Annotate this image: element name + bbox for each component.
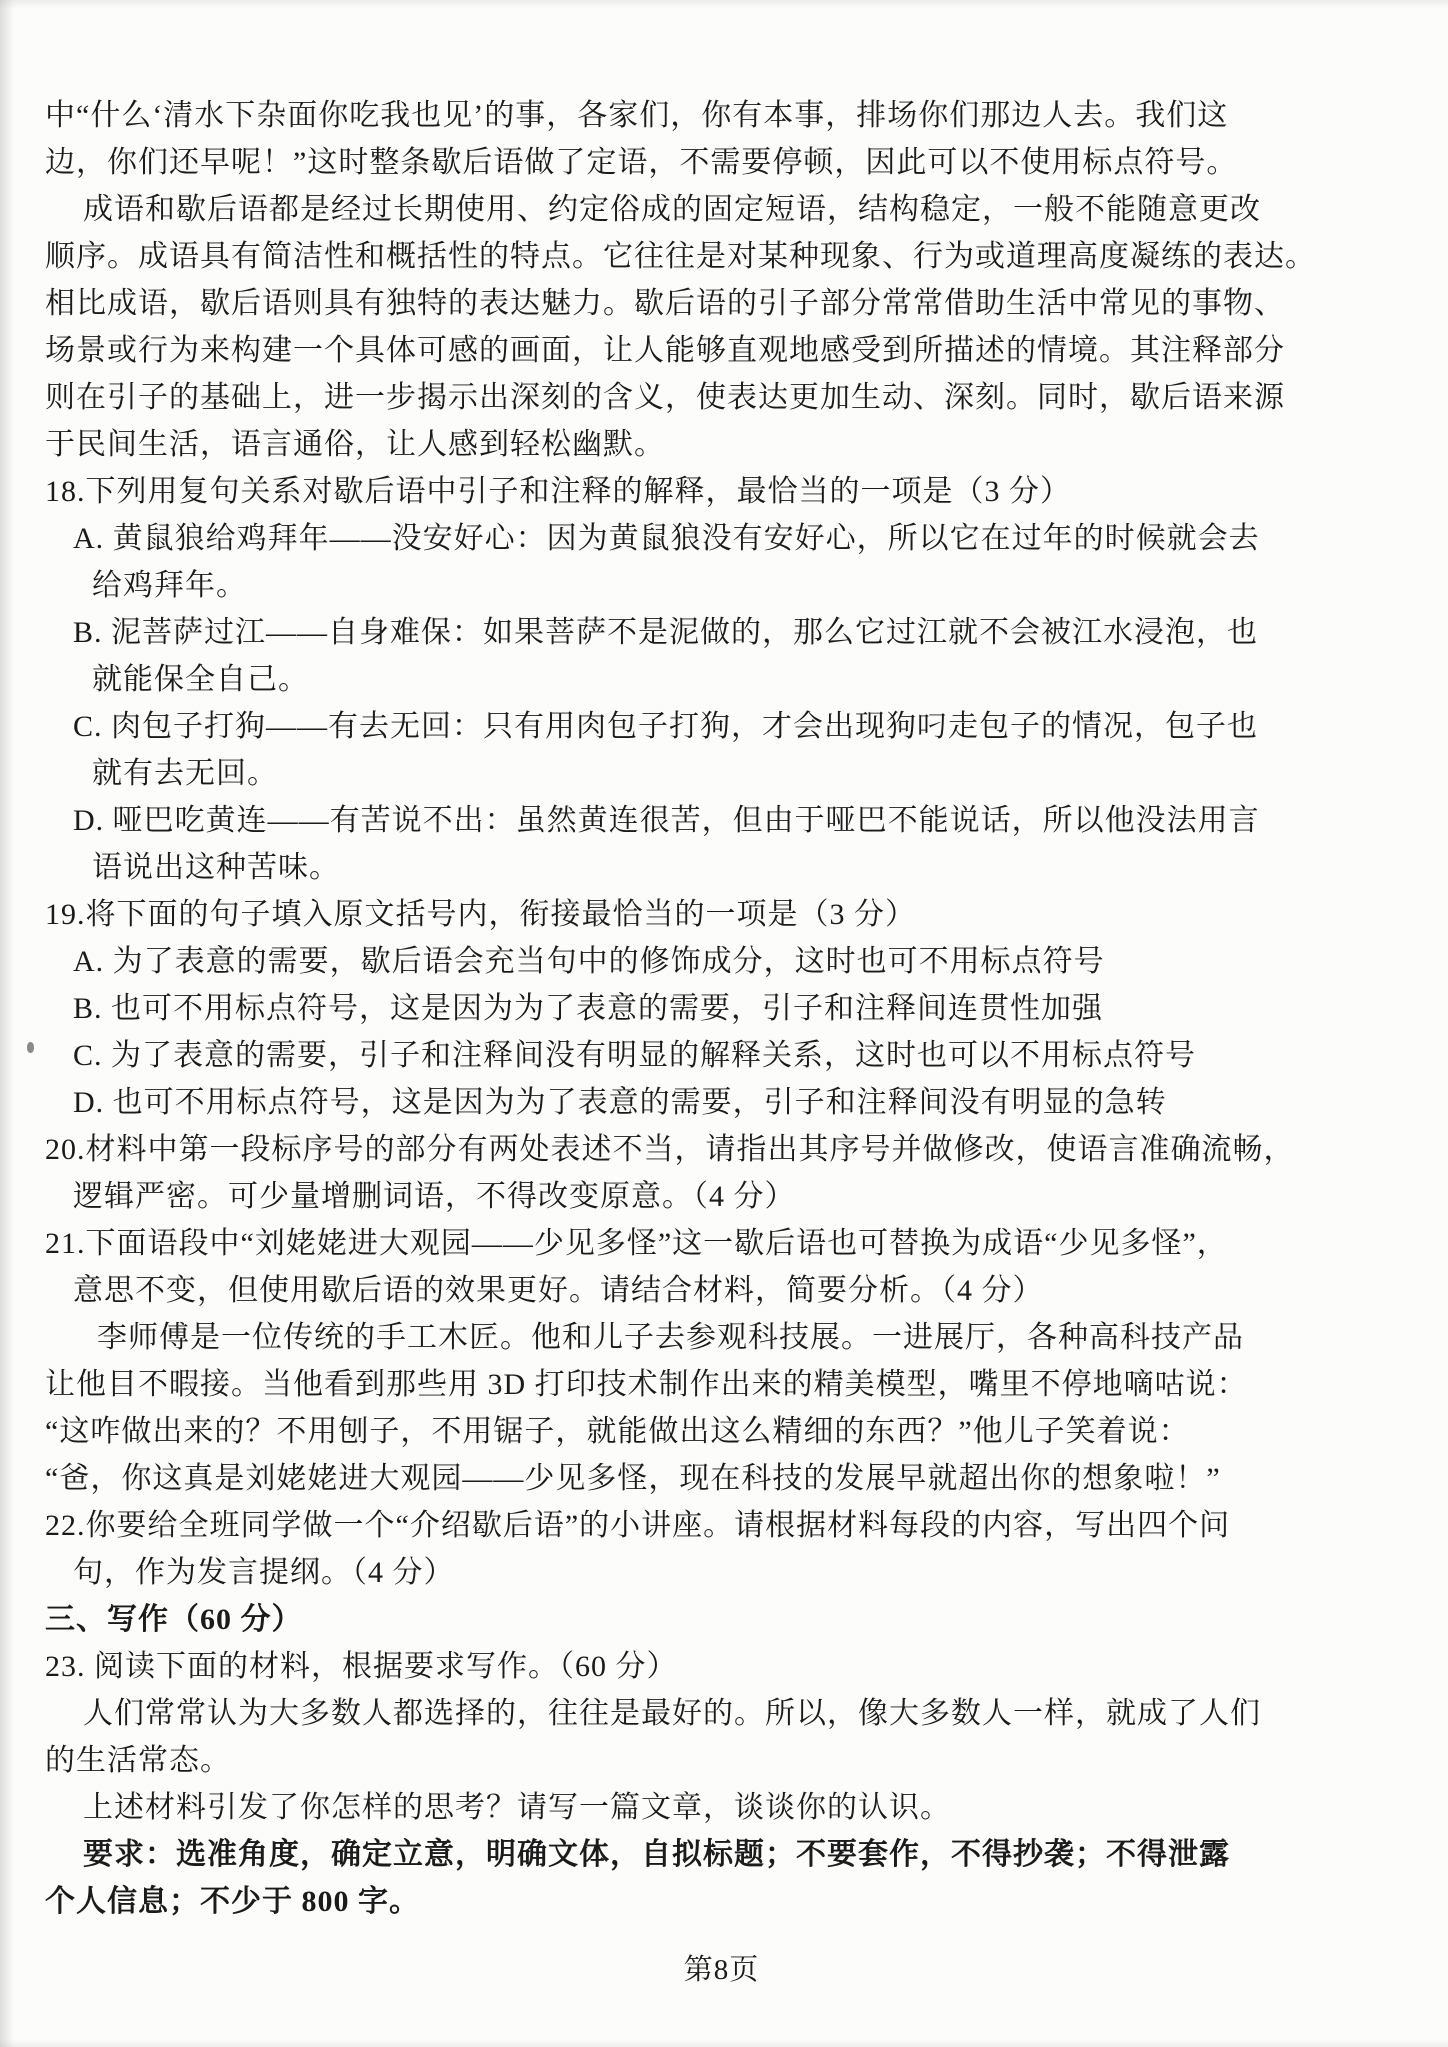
scan-edge-shadow-bottom bbox=[0, 2039, 1448, 2047]
q22-stem-wrap: 句，作为发言提纲。（4 分） bbox=[45, 1549, 1398, 1596]
material-para2-line: 相比成语，歇后语则具有独特的表达魅力。歇后语的引子部分常常借助生活中常见的事物、 bbox=[45, 280, 1398, 327]
q21-material-line: “爸，你这真是刘姥姥进大观园——少见多怪，现在科技的发展早就超出你的想象啦！” bbox=[45, 1455, 1398, 1502]
q18-option-d: D. 哑巴吃黄连——有苦说不出：虽然黄连很苦，但由于哑巴不能说话，所以他没法用言 bbox=[45, 797, 1398, 844]
q18-option-a-wrap: 给鸡拜年。 bbox=[45, 562, 1398, 609]
q23-material-line: 人们常常认为大多数人都选择的，往往是最好的。所以，像大多数人一样，就成了人们 bbox=[45, 1690, 1398, 1737]
q19-option-b: B. 也可不用标点符号，这是因为为了表意的需要，引子和注释间连贯性加强 bbox=[45, 985, 1398, 1032]
material-para1-line: 边，你们还早呢！”这时整条歇后语做了定语，不需要停顿，因此可以不使用标点符号。 bbox=[45, 139, 1398, 186]
q18-option-b: B. 泥菩萨过江——自身难保：如果菩萨不是泥做的，那么它过江就不会被江水浸泡，也 bbox=[45, 609, 1398, 656]
q19-option-c: C. 为了表意的需要，引子和注释间没有明显的解释关系，这时也可以不用标点符号 bbox=[45, 1032, 1398, 1079]
q19-stem: 19.将下面的句子填入原文括号内，衔接最恰当的一项是（3 分） bbox=[45, 891, 1398, 938]
material-para2-line: 顺序。成语具有简洁性和概括性的特点。它往往是对某种现象、行为或道理高度凝练的表达… bbox=[45, 233, 1398, 280]
exam-page: 中“什么‘清水下杂面你吃我也见’的事，各家们，你有本事，排场你们那边人去。我们这… bbox=[0, 0, 1448, 2047]
q18-option-a: A. 黄鼠狼给鸡拜年——没安好心：因为黄鼠狼没有安好心，所以它在过年的时候就会去 bbox=[45, 515, 1398, 562]
q23-requirements-line: 要求：选准角度，确定立意，明确文体，自拟标题；不要套作，不得抄袭；不得泄露 bbox=[45, 1831, 1398, 1878]
q23-prompt: 上述材料引发了你怎样的思考？请写一篇文章，谈谈你的认识。 bbox=[45, 1784, 1398, 1831]
q18-option-c: C. 肉包子打狗——有去无回：只有用肉包子打狗，才会出现狗叼走包子的情况，包子也 bbox=[45, 703, 1398, 750]
q19-option-a: A. 为了表意的需要，歇后语会充当句中的修饰成分，这时也可不用标点符号 bbox=[45, 938, 1398, 985]
material-para2-line: 则在引子的基础上，进一步揭示出深刻的含义，使表达更加生动、深刻。同时，歇后语来源 bbox=[45, 374, 1398, 421]
q21-material-line: 李师傅是一位传统的手工木匠。他和儿子去参观科技展。一进展厅，各种高科技产品 bbox=[45, 1314, 1398, 1361]
material-para2-line: 于民间生活，语言通俗，让人感到轻松幽默。 bbox=[45, 421, 1398, 468]
scan-speck bbox=[27, 1042, 34, 1053]
material-para1-line: 中“什么‘清水下杂面你吃我也见’的事，各家们，你有本事，排场你们那边人去。我们这 bbox=[45, 92, 1398, 139]
q21-stem: 21.下面语段中“刘姥姥进大观园——少见多怪”这一歇后语也可替换为成语“少见多怪… bbox=[45, 1220, 1398, 1267]
q18-stem: 18.下列用复句关系对歇后语中引子和注释的解释，最恰当的一项是（3 分） bbox=[45, 468, 1398, 515]
q21-stem-wrap: 意思不变，但使用歇后语的效果更好。请结合材料，简要分析。（4 分） bbox=[45, 1267, 1398, 1314]
q21-material-line: 让他目不暇接。当他看到那些用 3D 打印技术制作出来的精美模型，嘴里不停地嘀咕说… bbox=[45, 1361, 1398, 1408]
q23-requirements-line: 个人信息；不少于 800 字。 bbox=[45, 1878, 1398, 1925]
q23-stem: 23. 阅读下面的材料，根据要求写作。（60 分） bbox=[45, 1643, 1398, 1690]
q18-option-c-wrap: 就有去无回。 bbox=[45, 750, 1398, 797]
q18-option-d-wrap: 语说出这种苦味。 bbox=[45, 844, 1398, 891]
page-number: 第8页 bbox=[45, 1947, 1398, 1994]
page-content: 中“什么‘清水下杂面你吃我也见’的事，各家们，你有本事，排场你们那边人去。我们这… bbox=[0, 0, 1448, 1994]
q20-stem: 20.材料中第一段标序号的部分有两处表述不当，请指出其序号并做修改，使语言准确流… bbox=[45, 1126, 1398, 1173]
q23-material-line: 的生活常态。 bbox=[45, 1737, 1398, 1784]
q20-stem-wrap: 逻辑严密。可少量增删词语，不得改变原意。（4 分） bbox=[45, 1173, 1398, 1220]
material-para2-line: 成语和歇后语都是经过长期使用、约定俗成的固定短语，结构稳定，一般不能随意更改 bbox=[45, 186, 1398, 233]
material-para2-line: 场景或行为来构建一个具体可感的画面，让人能够直观地感受到所描述的情境。其注释部分 bbox=[45, 327, 1398, 374]
section3-heading: 三、写作（60 分） bbox=[45, 1596, 1398, 1643]
q21-material-line: “这咋做出来的？不用刨子，不用锯子，就能做出这么精细的东西？”他儿子笑着说： bbox=[45, 1408, 1398, 1455]
q22-stem: 22.你要给全班同学做一个“介绍歇后语”的小讲座。请根据材料每段的内容，写出四个… bbox=[45, 1502, 1398, 1549]
q18-option-b-wrap: 就能保全自己。 bbox=[45, 656, 1398, 703]
q19-option-d: D. 也可不用标点符号，这是因为为了表意的需要，引子和注释间没有明显的急转 bbox=[45, 1079, 1398, 1126]
